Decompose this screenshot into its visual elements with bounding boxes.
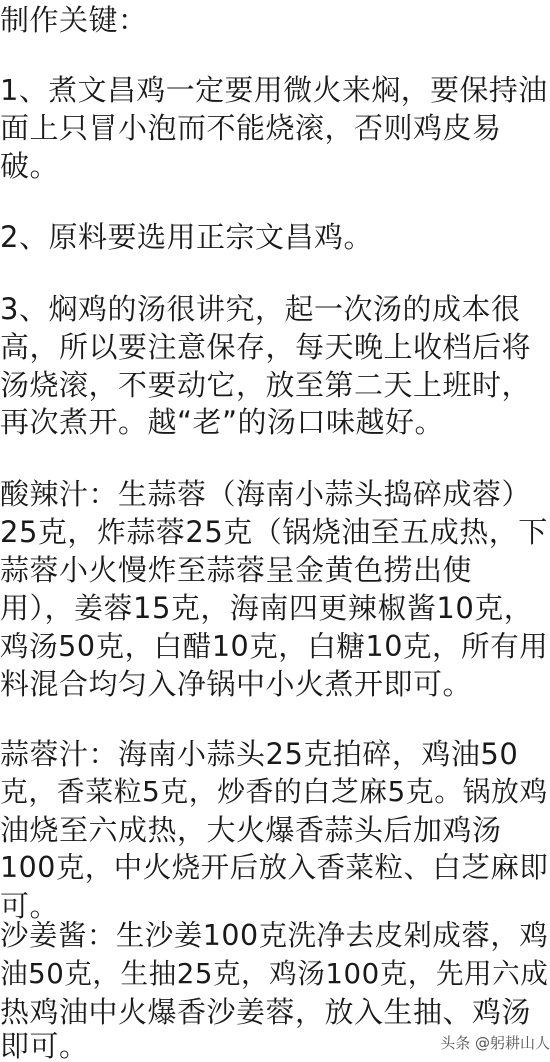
p4-line-4: 用），姜蓉15克，海南四更辣椒酱10克， — [0, 589, 533, 627]
p4-line-5: 鸡汤50克，白醋10克，白糖10克，所有用 — [0, 627, 548, 665]
p1-line-1: 1、煮文昌鸡一定要用微火来焖，要保持油 — [0, 71, 548, 109]
watermark: 头条 @躬耕山人 — [440, 1032, 550, 1053]
p3-line-4: 再次煮开。越“老”的汤口味越好。 — [0, 403, 444, 441]
heading: 制作关键： — [0, 1, 148, 39]
p4-line-6: 料混合均匀入净锅中小火煮开即可。 — [0, 665, 472, 703]
p4-line-3: 蒜蓉小火慢炸至蒜蓉呈金黄色捞出使 — [0, 551, 472, 589]
p4-line-2: 25克，炸蒜蓉25克（锅烧油至五成热，下 — [0, 513, 548, 551]
p1-line-3: 破。 — [0, 147, 59, 185]
p3-line-1: 3、焖鸡的汤很讲究，起一次汤的成本很 — [0, 290, 520, 328]
p5-line-1: 蒜蓉汁：海南小蒜头25克拍碎，鸡油50 — [0, 735, 518, 773]
p6-line-4: 即可。 — [0, 1027, 89, 1062]
p5-line-2: 克，香菜粒5克，炒香的白芝麻5克。锅放鸡 — [0, 773, 548, 811]
p3-line-3: 汤烧滚，不要动它，放至第二天上班时， — [0, 366, 531, 404]
p5-line-4: 100克，中火烧开后放入香菜粒、白芝麻即 — [0, 849, 548, 887]
p5-line-3: 油烧至六成热，大火爆香蒜头后加鸡汤 — [0, 811, 502, 849]
p1-line-2: 面上只冒小泡而不能烧滚，否则鸡皮易 — [0, 109, 502, 147]
p6-line-2: 油50克，生抽25克，鸡汤100克，先用六成 — [0, 955, 548, 993]
p3-line-2: 高，所以要注意保存，每天晚上收档后将 — [0, 328, 531, 366]
p2-line-1: 2、原料要选用正宗文昌鸡。 — [0, 218, 373, 256]
p4-line-1: 酸辣汁：生蒜蓉（海南小蒜头捣碎成蓉） — [0, 475, 531, 513]
p6-line-3: 热鸡油中火爆香沙姜蓉，放入生抽、鸡汤 — [0, 993, 531, 1031]
p6-line-1: 沙姜酱：生沙姜100克洗净去皮剁成蓉，鸡 — [0, 917, 548, 955]
